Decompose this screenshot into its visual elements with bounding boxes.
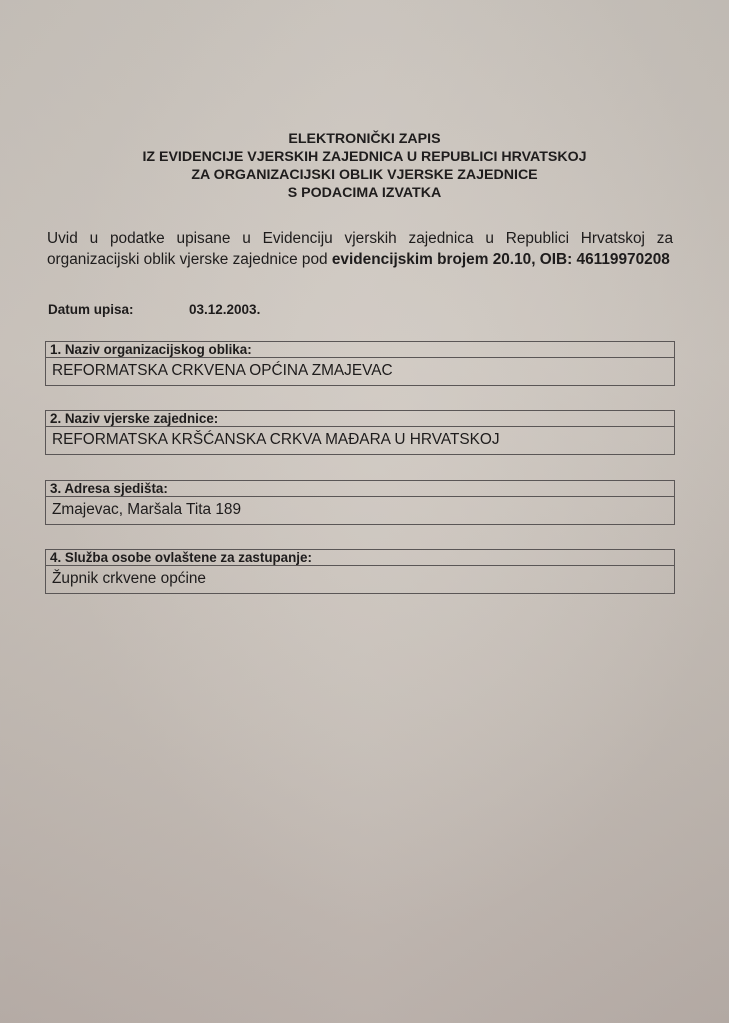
field-religious-community-name: 2. Naziv vjerske zajednice: REFORMATSKA … (45, 410, 675, 455)
field-authorized-representative: 4. Služba osobe ovlaštene za zastupanje:… (45, 549, 675, 594)
title-line: S PODACIMA IZVATKA (0, 184, 729, 202)
title-line: IZ EVIDENCIJE VJERSKIH ZAJEDNICA U REPUB… (0, 148, 729, 166)
title-line: ELEKTRONIČKI ZAPIS (0, 130, 729, 148)
intro-paragraph: Uvid u podatke upisane u Evidenciju vjer… (47, 229, 673, 270)
field-value: Zmajevac, Maršala Tita 189 (46, 497, 674, 524)
field-organization-name: 1. Naziv organizacijskog oblika: REFORMA… (45, 341, 675, 386)
field-value: REFORMATSKA KRŠĆANSKA CRKVA MAĐARA U HRV… (46, 427, 674, 454)
registration-date-value: 03.12.2003. (189, 302, 260, 317)
document-page: ELEKTRONIČKI ZAPIS IZ EVIDENCIJE VJERSKI… (0, 0, 729, 1023)
field-headquarters-address: 3. Adresa sjedišta: Zmajevac, Maršala Ti… (45, 480, 675, 525)
field-label: 2. Naziv vjerske zajednice: (46, 411, 674, 427)
field-label: 1. Naziv organizacijskog oblika: (46, 342, 674, 358)
field-value: Župnik crkvene općine (46, 566, 674, 593)
registration-date-label: Datum upisa: (48, 302, 134, 317)
registration-number-oib: evidencijskim brojem 20.10, OIB: 4611997… (332, 251, 670, 268)
field-label: 4. Služba osobe ovlaštene za zastupanje: (46, 550, 674, 566)
document-title: ELEKTRONIČKI ZAPIS IZ EVIDENCIJE VJERSKI… (0, 130, 729, 202)
field-label: 3. Adresa sjedišta: (46, 481, 674, 497)
title-line: ZA ORGANIZACIJSKI OBLIK VJERSKE ZAJEDNIC… (0, 166, 729, 184)
field-value: REFORMATSKA CRKVENA OPĆINA ZMAJEVAC (46, 358, 674, 385)
registration-date-row: Datum upisa: 03.12.2003. (48, 302, 134, 317)
